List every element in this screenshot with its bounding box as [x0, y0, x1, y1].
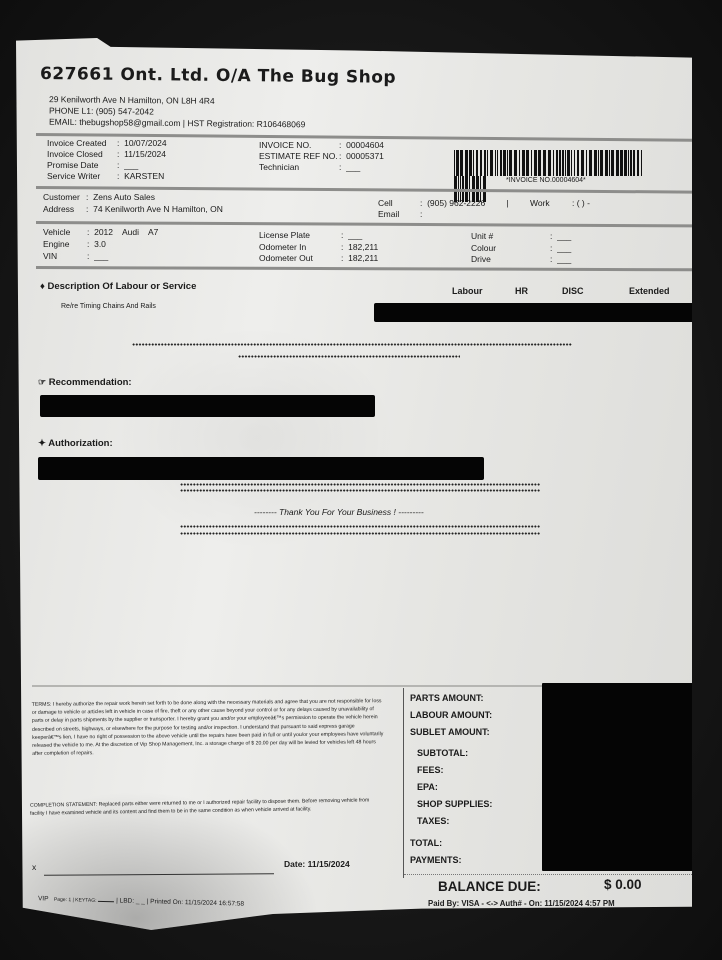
diamond-icon: ♦ [40, 281, 45, 292]
printed-on: Printed On: 11/15/2024 16:57:58 [150, 898, 244, 907]
col-labour: Labour [452, 286, 483, 296]
col-disc: DISC [562, 286, 584, 296]
meta-row: Invoice Created: 10/07/2024 [47, 138, 167, 149]
invoice-dates: Invoice Created: 10/07/2024 Invoice Clos… [47, 138, 167, 182]
dotted-separator [180, 489, 540, 492]
dotted-separator [132, 343, 572, 346]
terms-text: TERMS: I hereby authorize the repair wor… [32, 697, 385, 758]
meta-row: Invoice Closed: 11/15/2024 [47, 149, 167, 160]
cell-phone: (905) 962-2226 [427, 198, 485, 208]
dotted-separator [180, 532, 540, 535]
redacted-labour-amount [374, 303, 710, 322]
fees-label: FEES: [417, 765, 444, 775]
total-label: TOTAL: [410, 838, 442, 848]
parts-amount-label: PARTS AMOUNT: [410, 693, 484, 703]
signature-x: x [32, 862, 36, 872]
barcode-caption: *INVOICE NO.00004604* [506, 177, 586, 184]
signature-date: Date: 11/15/2024 [284, 859, 350, 869]
footer-line: VIP Page: 1 | KEYTAG: | LBD: _ _ | Print… [38, 893, 244, 907]
vehicle-value: 2012 Audi A7 [94, 227, 158, 237]
divider [36, 266, 692, 271]
redacted-totals [542, 683, 702, 871]
meta-row: Technician: ___ [259, 162, 384, 173]
shop-supplies-label: SHOP SUPPLIES: [417, 799, 492, 809]
subtotal-label: SUBTOTAL: [417, 748, 468, 758]
thank-you-message: -------- Thank You For Your Business ! -… [254, 507, 424, 517]
labour-amount-label: LABOUR AMOUNT: [410, 710, 492, 720]
contact-block: Cell: (905) 962-2226 | Work: ( ) - Email… [378, 198, 590, 220]
col-hr: HR [515, 286, 528, 296]
labour-heading: ♦ Description Of Labour or Service [40, 281, 196, 292]
company-name: 627661 Ont. Ltd. O/A The Bug Shop [40, 64, 396, 88]
redacted-recommendation [40, 395, 375, 417]
divider [404, 874, 694, 876]
payments-label: PAYMENTS: [410, 855, 462, 865]
redacted-authorization [38, 457, 484, 480]
recommendation-heading: ☞ Recommendation: [38, 377, 132, 388]
labour-item-description: Re/re Timing Chains And Rails [61, 303, 156, 310]
star-icon: ✦ [38, 438, 46, 449]
dotted-separator [180, 525, 540, 528]
meta-row: INVOICE NO.: 00004604 [259, 140, 384, 151]
balance-due-label: BALANCE DUE: [438, 879, 541, 894]
epa-label: EPA: [417, 782, 438, 792]
authorization-heading: ✦ Authorization: [38, 438, 113, 449]
paid-by: Paid By: VISA - <-> Auth# - On: 11/15/20… [428, 899, 615, 908]
signature-line[interactable] [44, 873, 274, 876]
unit-block: Unit #: ___ Colour: ___ Drive: ___ [471, 231, 571, 266]
sublet-amount-label: SUBLET AMOUNT: [410, 727, 490, 737]
taxes-label: TAXES: [417, 816, 449, 826]
odometer-block: License Plate: ___ Odometer In: 182,211 … [259, 230, 378, 265]
customer-block: Customer: Zens Auto Sales Address: 74 Ke… [43, 191, 223, 215]
customer-name: Zens Auto Sales [93, 192, 155, 202]
company-address: 29 Kenilworth Ave N Hamilton, ON L8H 4R4 [49, 94, 215, 106]
meta-row: Promise Date: ___ [47, 160, 167, 171]
company-phone: PHONE L1: (905) 547-2042 [49, 105, 154, 116]
vertical-divider [403, 688, 404, 878]
invoice-numbers: INVOICE NO.: 00004604 ESTIMATE REF NO.: … [259, 140, 384, 173]
vehicle-block: Vehicle: 2012 Audi A7 Engine: 3.0 VIN: _… [43, 226, 158, 262]
completion-statement: COMPLETION STATEMENT: Replaced parts eit… [30, 796, 382, 818]
meta-row: Service Writer: KARSTEN [47, 171, 167, 182]
company-email: EMAIL: thebugshop58@gmail.com | HST Regi… [49, 117, 305, 130]
odometer-in: 182,211 [348, 242, 378, 252]
invoice-paper: 627661 Ont. Ltd. O/A The Bug Shop 29 Ken… [16, 38, 692, 930]
meta-row: ESTIMATE REF NO.: 00005371 [259, 151, 384, 162]
pointing-hand-icon: ☞ [38, 377, 46, 387]
dotted-separator [238, 355, 460, 358]
invoice-barcode [454, 150, 644, 176]
dotted-separator [180, 483, 540, 486]
col-extended: Extended [629, 286, 670, 296]
balance-due-value: $ 0.00 [604, 877, 642, 892]
odometer-out: 182,211 [348, 253, 378, 263]
customer-address: 74 Kenilworth Ave N Hamilton, ON [93, 204, 223, 214]
